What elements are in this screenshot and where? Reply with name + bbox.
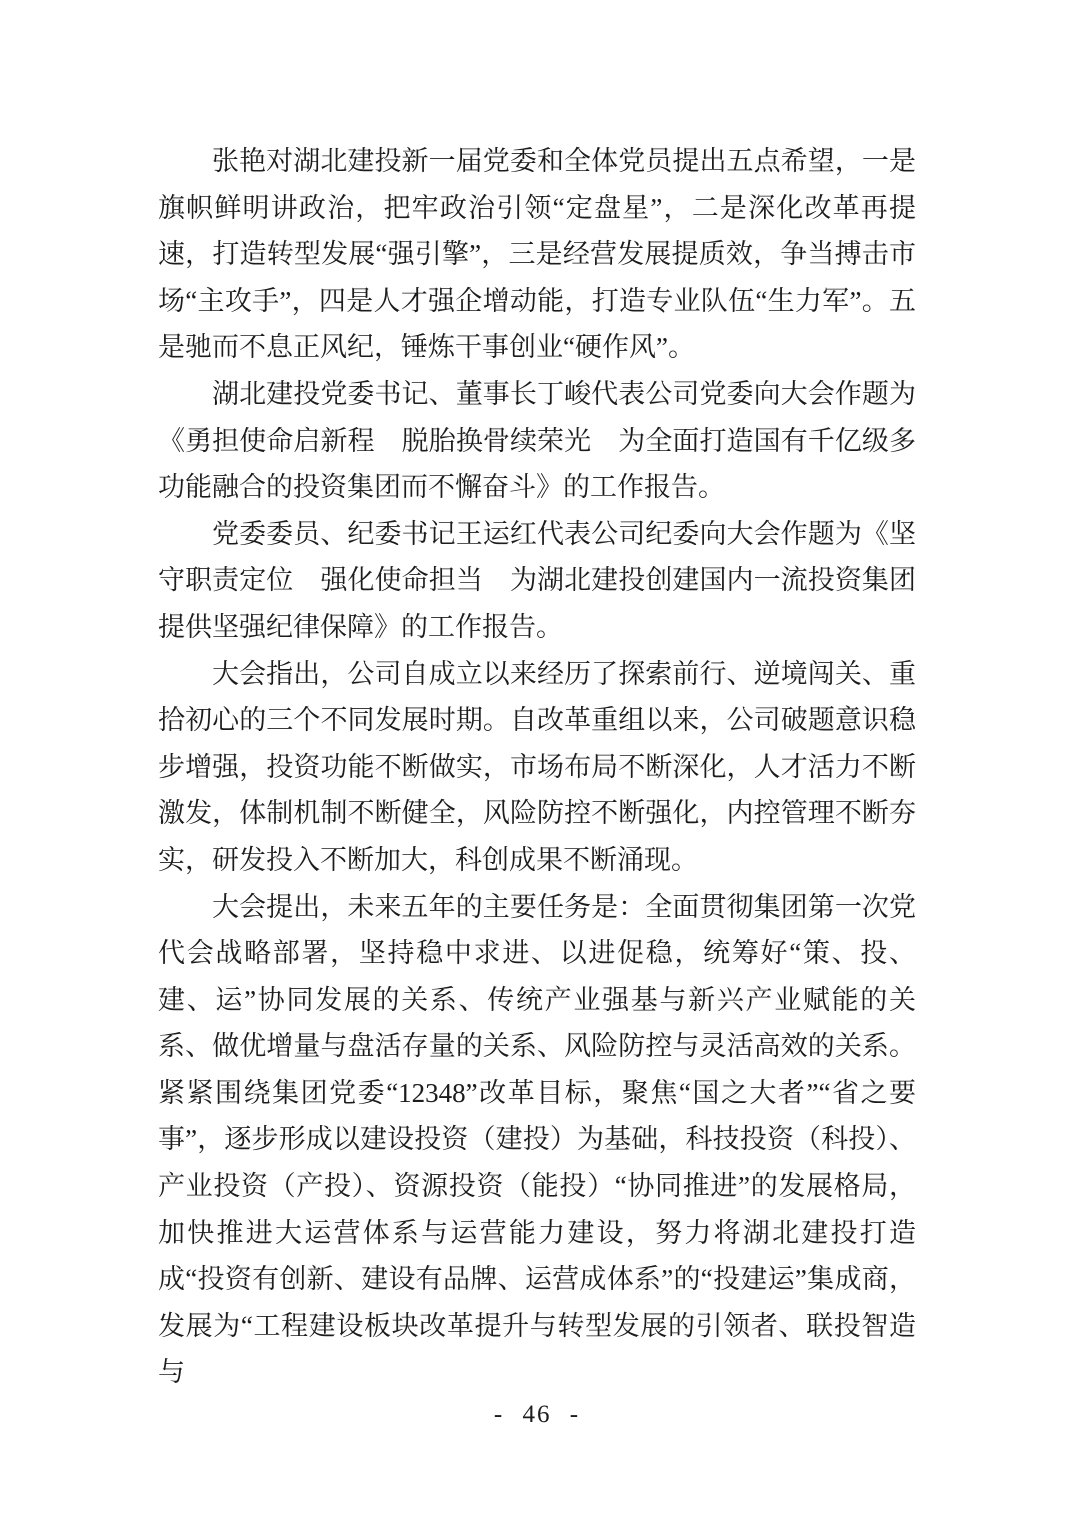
document-body: 张艳对湖北建投新一届党委和全体党员提出五点希望，一是旗帜鲜明讲政治，把牢政治引领… (158, 138, 916, 1396)
paragraph-4: 大会指出，公司自成立以来经历了探索前行、逆境闯关、重拾初心的三个不同发展时期。自… (158, 651, 916, 884)
paragraph-2: 湖北建投党委书记、董事长丁峻代表公司党委向大会作题为《勇担使命启新程 脱胎换骨续… (158, 371, 916, 511)
document-page: 张艳对湖北建投新一届党委和全体党员提出五点希望，一是旗帜鲜明讲政治，把牢政治引领… (0, 0, 1074, 1520)
paragraph-1: 张艳对湖北建投新一届党委和全体党员提出五点希望，一是旗帜鲜明讲政治，把牢政治引领… (158, 138, 916, 371)
paragraph-3: 党委委员、纪委书记王运红代表公司纪委向大会作题为《坚守职责定位 强化使命担当 为… (158, 511, 916, 651)
paragraph-5: 大会提出，未来五年的主要任务是：全面贯彻集团第一次党代会战略部署，坚持稳中求进、… (158, 884, 916, 1397)
page-number: - 46 - (0, 1398, 1074, 1432)
